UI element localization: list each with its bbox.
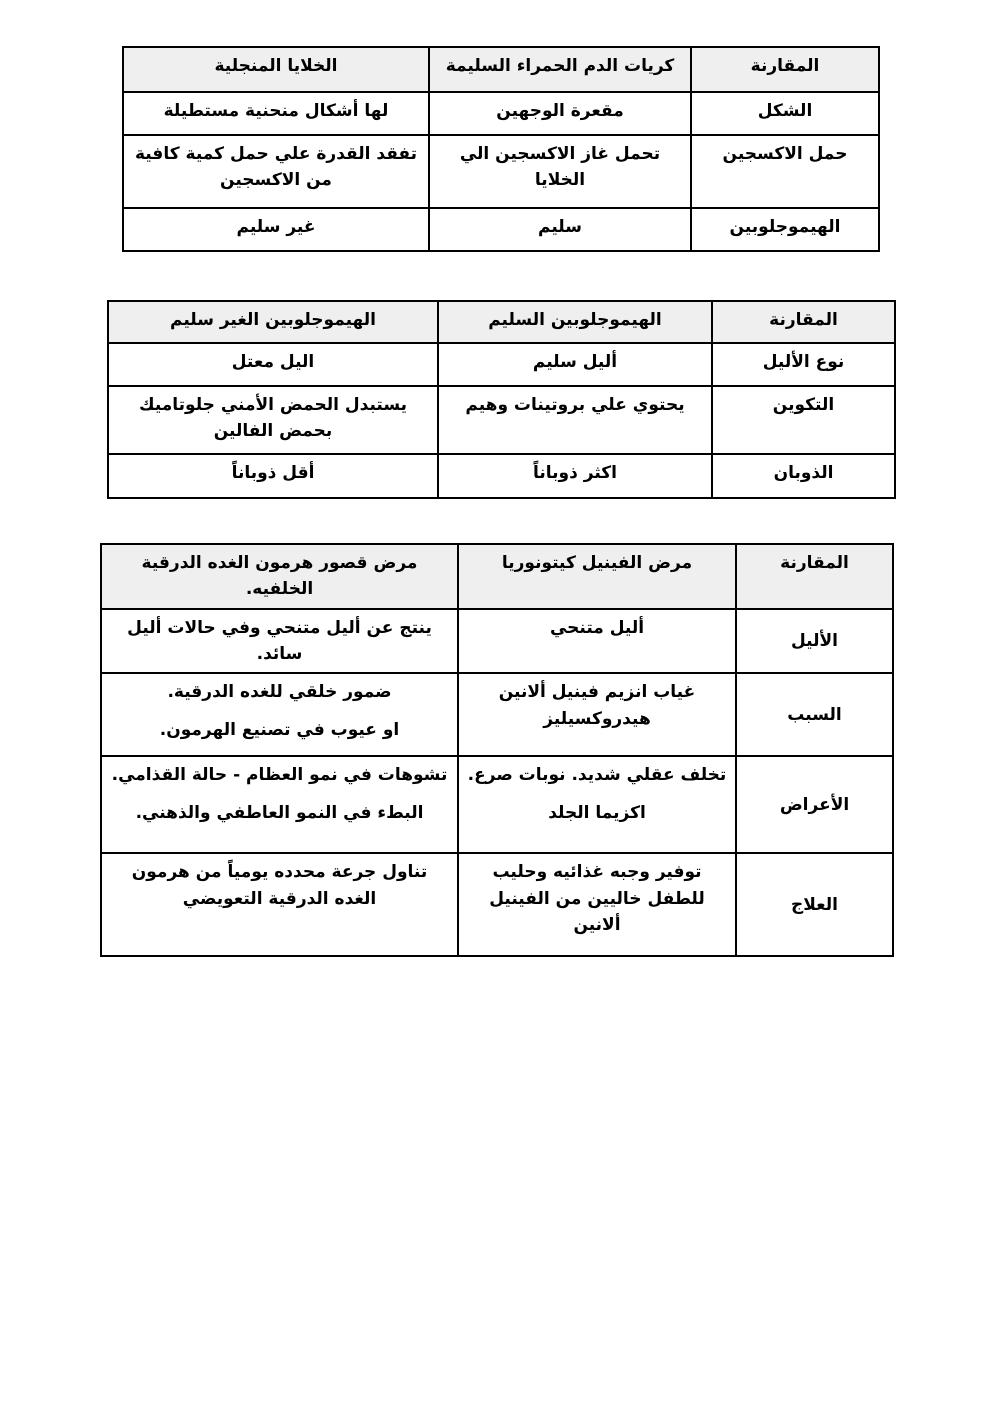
column-header-healthy-hemoglobin: الهيموجلوبين السليم xyxy=(438,301,712,343)
row-label: الشكل xyxy=(691,92,879,135)
row-label: حمل الاكسجين xyxy=(691,135,879,208)
column-header-healthy-rbc: كريات الدم الحمراء السليمة xyxy=(429,47,691,92)
cell-text-line: البطء في النمو العاطفي والذهني. xyxy=(110,800,449,826)
cell-healthy-composition: يحتوي علي بروتينات وهيم xyxy=(438,386,712,454)
table-row-allele: الأليل أليل متنحي ينتج عن أليل متنحي وفي… xyxy=(101,609,893,674)
row-label: العلاج xyxy=(736,853,893,956)
table-header-row: المقارنة مرض الفينيل كيتونوريا مرض قصور … xyxy=(101,544,893,609)
row-label: التكوين xyxy=(712,386,895,454)
cell-pku-allele: أليل متنحي xyxy=(458,609,736,674)
cell-text-line: او عيوب في تصنيع الهرمون. xyxy=(110,717,449,743)
row-label: الأليل xyxy=(736,609,893,674)
table-header-row: المقارنة الهيموجلوبين السليم الهيموجلوبي… xyxy=(108,301,895,343)
hemoglobin-comparison-table: المقارنة الهيموجلوبين السليم الهيموجلوبي… xyxy=(107,300,896,499)
table-row-symptoms: الأعراض تخلف عقلي شديد. نوبات صرع. اكزيم… xyxy=(101,756,893,853)
diseases-comparison-table: المقارنة مرض الفينيل كيتونوريا مرض قصور … xyxy=(100,543,894,957)
table-row-cause: السبب غياب انزيم فينيل ألانين هيدروكسيلي… xyxy=(101,673,893,756)
row-label: نوع الأليل xyxy=(712,343,895,386)
blood-cells-comparison-table: المقارنة كريات الدم الحمراء السليمة الخل… xyxy=(122,46,880,252)
row-label: السبب xyxy=(736,673,893,756)
table-row-hemoglobin: الهيموجلوبين سليم غير سليم xyxy=(123,208,879,251)
cell-pku-cause: غياب انزيم فينيل ألانين هيدروكسيليز xyxy=(458,673,736,756)
table-row-shape: الشكل مقعرة الوجهين لها أشكال منحنية مست… xyxy=(123,92,879,135)
cell-hypothyroid-allele: ينتج عن أليل متنحي وفي حالات أليل سائد. xyxy=(101,609,458,674)
row-label: الذوبان xyxy=(712,454,895,498)
cell-text-line: غياب انزيم فينيل ألانين هيدروكسيليز xyxy=(467,679,727,732)
table-row-treatment: العلاج توفير وجبه غذائيه وحليب للطفل خال… xyxy=(101,853,893,956)
cell-sickle-shape: لها أشكال منحنية مستطيلة xyxy=(123,92,429,135)
cell-text-line: تناول جرعة محدده يومياً من هرمون الغده ا… xyxy=(110,859,449,912)
cell-text-line: أليل متنحي xyxy=(467,615,727,641)
cell-sickle-hemoglobin: غير سليم xyxy=(123,208,429,251)
cell-healthy-allele: أليل سليم xyxy=(438,343,712,386)
cell-healthy-hemoglobin: سليم xyxy=(429,208,691,251)
cell-pku-symptoms: تخلف عقلي شديد. نوبات صرع. اكزيما الجلد xyxy=(458,756,736,853)
cell-text-line: توفير وجبه غذائيه وحليب للطفل خاليين من … xyxy=(467,859,727,938)
table-row-oxygen: حمل الاكسجين تحمل غاز الاكسجين الي الخلا… xyxy=(123,135,879,208)
cell-healthy-solubility: اكثر ذوباناً xyxy=(438,454,712,498)
cell-unhealthy-allele: اليل معتل xyxy=(108,343,438,386)
cell-text-line: تخلف عقلي شديد. نوبات صرع. xyxy=(467,762,727,788)
column-header-unhealthy-hemoglobin: الهيموجلوبين الغير سليم xyxy=(108,301,438,343)
table-row-composition: التكوين يحتوي علي بروتينات وهيم يستبدل ا… xyxy=(108,386,895,454)
cell-sickle-oxygen: تفقد القدرة علي حمل كمية كافية من الاكسج… xyxy=(123,135,429,208)
column-header-hypothyroid-disease: مرض قصور هرمون الغده الدرقية الخلفيه. xyxy=(101,544,458,609)
row-label: الهيموجلوبين xyxy=(691,208,879,251)
column-header-comparison: المقارنة xyxy=(712,301,895,343)
cell-pku-treatment: توفير وجبه غذائيه وحليب للطفل خاليين من … xyxy=(458,853,736,956)
column-header-sickle-cells: الخلايا المنجلية xyxy=(123,47,429,92)
cell-unhealthy-composition: يستبدل الحمض الأمني جلوتاميك بحمض الفالي… xyxy=(108,386,438,454)
row-label: الأعراض xyxy=(736,756,893,853)
cell-text-line: ينتج عن أليل متنحي وفي حالات أليل سائد. xyxy=(110,615,449,668)
cell-hypothyroid-cause: ضمور خلقي للغده الدرقية. او عيوب في تصني… xyxy=(101,673,458,756)
column-header-comparison: المقارنة xyxy=(691,47,879,92)
cell-unhealthy-solubility: أقل ذوباناً xyxy=(108,454,438,498)
table-row-allele-type: نوع الأليل أليل سليم اليل معتل xyxy=(108,343,895,386)
column-header-pku-disease: مرض الفينيل كيتونوريا xyxy=(458,544,736,609)
document-page: المقارنة كريات الدم الحمراء السليمة الخل… xyxy=(0,0,992,1403)
cell-healthy-shape: مقعرة الوجهين xyxy=(429,92,691,135)
table-header-row: المقارنة كريات الدم الحمراء السليمة الخل… xyxy=(123,47,879,92)
column-header-comparison: المقارنة xyxy=(736,544,893,609)
cell-text-line: ضمور خلقي للغده الدرقية. xyxy=(110,679,449,705)
cell-healthy-oxygen: تحمل غاز الاكسجين الي الخلايا xyxy=(429,135,691,208)
cell-text-line: اكزيما الجلد xyxy=(467,800,727,826)
cell-hypothyroid-treatment: تناول جرعة محدده يومياً من هرمون الغده ا… xyxy=(101,853,458,956)
table-row-solubility: الذوبان اكثر ذوباناً أقل ذوباناً xyxy=(108,454,895,498)
cell-hypothyroid-symptoms: تشوهات في نمو العظام - حالة القذامي. الب… xyxy=(101,756,458,853)
cell-text-line: تشوهات في نمو العظام - حالة القذامي. xyxy=(110,762,449,788)
